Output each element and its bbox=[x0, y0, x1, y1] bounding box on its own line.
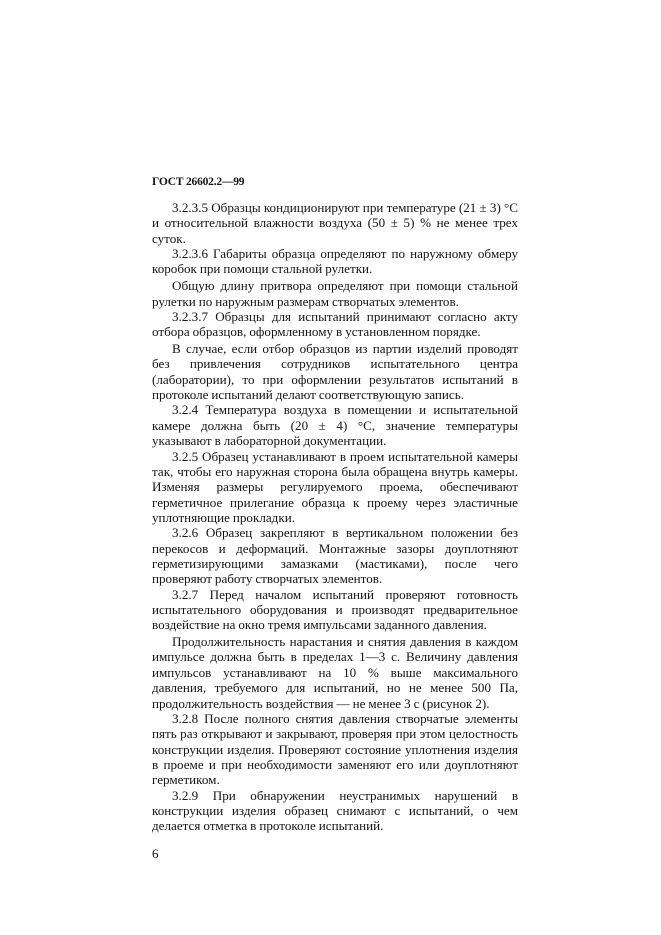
paragraph-3-2-9: 3.2.9 При обнаружении неустранимых наруш… bbox=[152, 788, 518, 834]
paragraph-3-2-3-6: 3.2.3.6 Габариты образца определяют по н… bbox=[152, 246, 518, 277]
page-number: 6 bbox=[152, 846, 518, 861]
paragraph-sampling-note: В случае, если отбор образцов из партии … bbox=[152, 341, 518, 402]
paragraph-3-2-8: 3.2.8 После полного снятия давления ство… bbox=[152, 711, 518, 788]
paragraph-3-2-4: 3.2.4 Температура воздуха в помещении и … bbox=[152, 402, 518, 448]
paragraph-3-2-5: 3.2.5 Образец устанавливают в проем испы… bbox=[152, 449, 518, 526]
document-page: ГОСТ 26602.2—99 3.2.3.5 Образцы кондицио… bbox=[152, 174, 518, 861]
paragraph-door-length: Общую длину притвора определяют при помо… bbox=[152, 278, 518, 309]
paragraph-3-2-7: 3.2.7 Перед началом испытаний проверяют … bbox=[152, 587, 518, 633]
paragraph-3-2-3-7: 3.2.3.7 Образцы для испытаний принимают … bbox=[152, 309, 518, 340]
paragraph-pulse-duration: Продолжительность нарастания и снятия да… bbox=[152, 634, 518, 711]
paragraph-3-2-6: 3.2.6 Образец закрепляют в вертикальном … bbox=[152, 525, 518, 586]
paragraph-3-2-3-5: 3.2.3.5 Образцы кондиционируют при темпе… bbox=[152, 200, 518, 246]
document-header: ГОСТ 26602.2—99 bbox=[152, 174, 518, 190]
